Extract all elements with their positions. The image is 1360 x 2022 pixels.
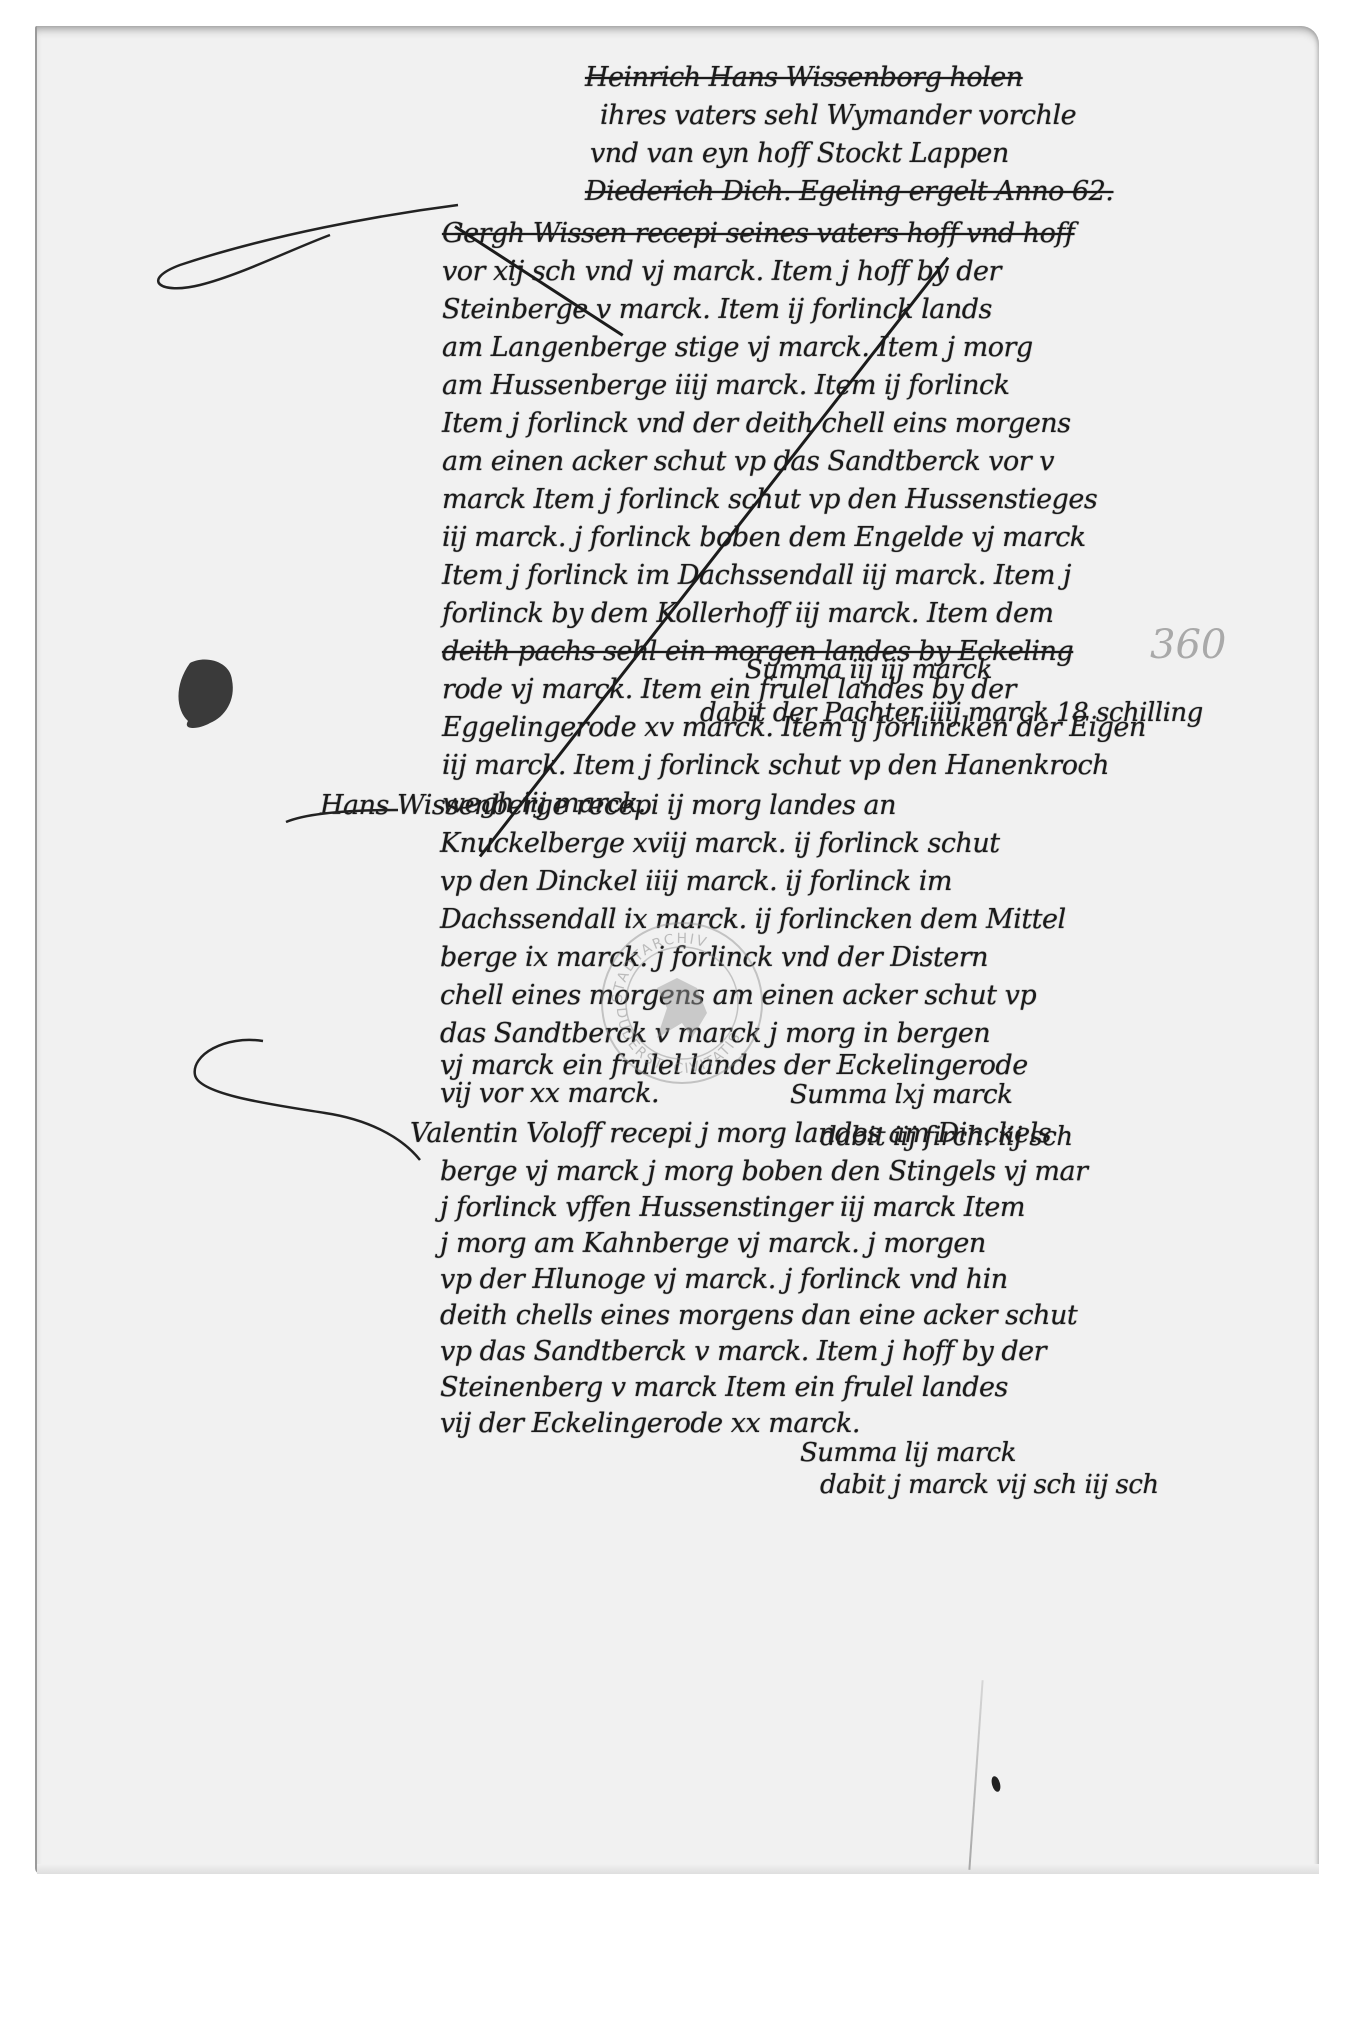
summa-line: Summa lij marck: [800, 1438, 1016, 1468]
summa-line: Summa lxj marck: [790, 1080, 1012, 1110]
dabit-line: dabit der Pachter iiij marck 18 schillin…: [700, 698, 1203, 728]
manuscript-line: vnd van eyn hoff Stockt Lappen: [590, 138, 1009, 169]
manuscript-line: Diederich Dich. Egeling ergelt Anno 62.: [585, 176, 1113, 207]
manuscript-line: Steinenberg v marck Item ein frulel land…: [440, 1372, 1008, 1403]
archive-stamp: STADTARCHIV DUDERST. CIVITATIS: [597, 918, 767, 1088]
manuscript-line: Item j forlinck im Dachssendall iij marc…: [442, 560, 1071, 591]
manuscript-line: iij marck. j forlinck boben dem Engelde …: [442, 522, 1086, 553]
manuscript-line: berge vj marck j morg boben den Stingels…: [440, 1156, 1088, 1187]
manuscript-line: am Hussenberge iiij marck. Item ij forli…: [442, 370, 1010, 401]
margin-flourish: [185, 1035, 425, 1165]
manuscript-line: Hans Wissenberge recepi ij morg landes a…: [320, 790, 896, 821]
folio-number: 360: [1150, 622, 1226, 668]
dabit-line: dabit j marck vij sch iij sch: [820, 1470, 1159, 1500]
manuscript-line: vp der Hlunoge vj marck. j forlinck vnd …: [440, 1264, 1008, 1295]
manuscript-line: vij der Eckelingerode xx marck.: [440, 1408, 860, 1439]
manuscript-line: am einen acker schut vp das Sandtberck v…: [442, 446, 1054, 477]
manuscript-line: Knuckelberge xviij marck. ij forlinck sc…: [440, 828, 1000, 859]
manuscript-line: Gergh Wissen recepi seines vaters hoff v…: [442, 218, 1074, 249]
manuscript-line: ihres vaters sehl Wymander vorchle: [600, 100, 1076, 131]
manuscript-line: vp das Sandtberck v marck. Item j hoff b…: [440, 1336, 1046, 1367]
manuscript-line: j morg am Kahnberge vj marck. j morgen: [440, 1228, 986, 1259]
manuscript-line: Steinberge v marck. Item ij forlinck lan…: [442, 294, 992, 325]
manuscript-line: am Langenberge stige vj marck. Item j mo…: [442, 332, 1033, 363]
lion-emblem-icon: [657, 978, 707, 1038]
manuscript-line: forlinck by dem Kollerhoff iij marck. It…: [442, 598, 1054, 629]
margin-flourish: [280, 770, 400, 830]
manuscript-line: Heinrich Hans Wissenborg holen: [585, 62, 1023, 93]
manuscript-line: marck Item j forlinck schut vp den Husse…: [442, 484, 1097, 515]
manuscript-line: deith chells eines morgens dan eine acke…: [440, 1300, 1077, 1331]
manuscript-line: Item j forlinck vnd der deith chell eins…: [442, 408, 1071, 439]
ink-blot: [170, 655, 240, 735]
manuscript-line: j forlinck vffen Hussenstinger iij marck…: [440, 1192, 1025, 1223]
manuscript-line: vp den Dinckel iiij marck. ij forlinck i…: [440, 866, 952, 897]
summa-line: Summa iij iij marck: [745, 655, 992, 685]
manuscript-line: Valentin Voloff recepi j morg landes am …: [410, 1118, 1051, 1149]
margin-flourish: [140, 195, 460, 295]
